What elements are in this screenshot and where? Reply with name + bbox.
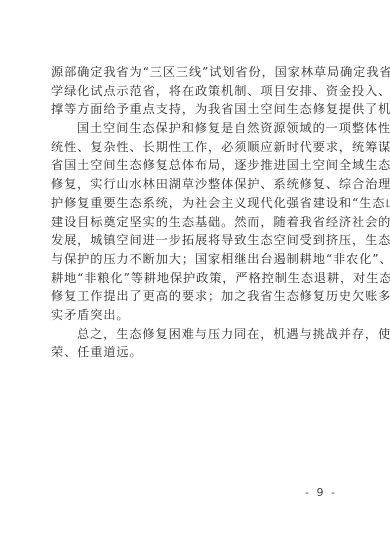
text-line: 护修复重要生态系统，为社会主义现代化强省建设和“生态山东” (51, 194, 341, 213)
paragraph-summary: 总之，生态修复困难与压力同在，机遇与挑战并存，使命光 荣、任重道远。 (51, 325, 341, 362)
text-line: 修复工作提出了更高的要求；加之我省生态修复历史欠账多，现 (51, 287, 341, 306)
body-text: 源部确定我省为“三区三线”试划省份，国家林草局确定我省为科 学绿化试点示范省，将… (51, 63, 341, 362)
text-line: 实矛盾突出。 (51, 306, 341, 325)
paragraph-challenges: 国土空间生态保护和修复是自然资源领域的一项整体性、系 统性、复杂性、长期性工作，… (51, 119, 341, 325)
text-line: 撑等方面给予重点支持，为我省国土空间生态修复提供了机遇。 (51, 100, 341, 119)
text-line: 修复，实行山水林田湖草沙整体保护、系统修复、综合治理，保 (51, 175, 341, 194)
text-line: 统性、复杂性、长期性工作，必须顺应新时代要求，统筹谋划全 (51, 138, 341, 157)
text-line: 发展，城镇空间进一步拓展将导致生态空间受到挤压，生态建设 (51, 231, 341, 250)
text-line: 学绿化试点示范省，将在政策机制、项目安排、资金投入、科技支 (51, 82, 341, 101)
document-page: 源部确定我省为“三区三线”试划省份，国家林草局确定我省为科 学绿化试点示范省，将… (0, 0, 390, 551)
text-line: 总之，生态修复困难与压力同在，机遇与挑战并存，使命光 (51, 325, 341, 344)
text-line: 建设目标奠定坚实的生态基础。然而，随着我省经济社会的快速 (51, 213, 341, 232)
text-line: 与保护的压力不断加大；国家相继出台遏制耕地“非农化”、防止 (51, 250, 341, 269)
text-line: 耕地“非粮化”等耕地保护政策，严格控制生态退耕，对生态保护 (51, 269, 341, 288)
text-line: 省国土空间生态修复总体布局，逐步推进国土空间全域生态保护 (51, 156, 341, 175)
paragraph-opportunity: 源部确定我省为“三区三线”试划省份，国家林草局确定我省为科 学绿化试点示范省，将… (51, 63, 341, 119)
page-number: - 9 - (305, 486, 337, 499)
text-line: 荣、任重道远。 (51, 343, 341, 362)
text-line: 国土空间生态保护和修复是自然资源领域的一项整体性、系 (51, 119, 341, 138)
text-line: 源部确定我省为“三区三线”试划省份，国家林草局确定我省为科 (51, 63, 341, 82)
